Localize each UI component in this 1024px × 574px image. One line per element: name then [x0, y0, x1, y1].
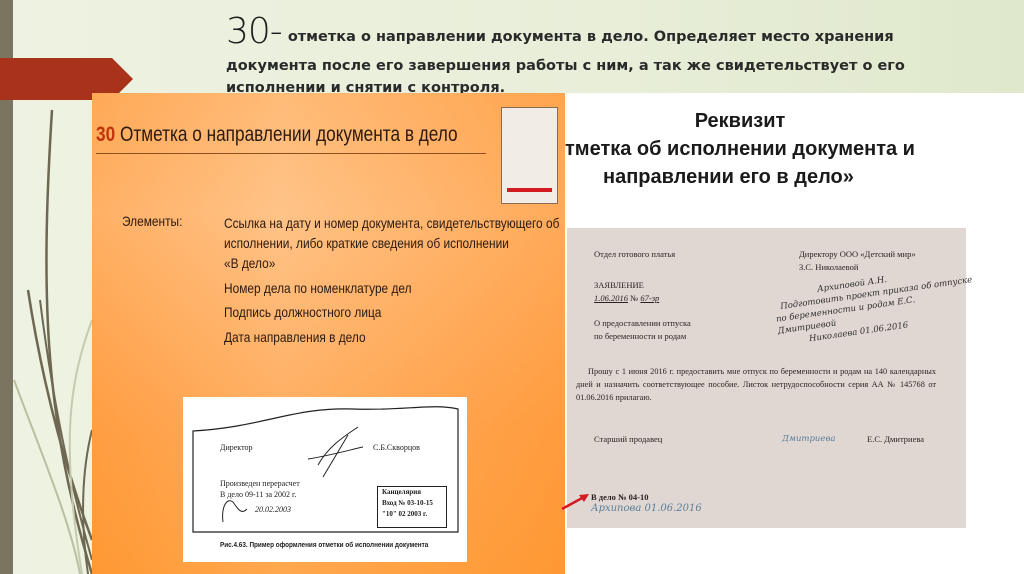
element-item: Ссылка на дату и номер документа, свидет…: [224, 213, 581, 253]
file-mark: В дело № 04-10: [591, 492, 649, 502]
doc-type: ЗАЯВЛЕНИЕ: [594, 280, 644, 290]
elements-list: Ссылка на дату и номер документа, свидет…: [224, 213, 581, 353]
scan-caption: Рис.4.63. Пример оформления отметки об и…: [220, 540, 428, 549]
requisite-heading-line2: тметка об исполнении документа и: [565, 138, 915, 161]
requisite-heading-line3: направлении его в дело»: [603, 166, 854, 189]
scan-note-date: 20.02.2003: [255, 505, 291, 514]
subject-line2: по беременности и родам: [594, 331, 686, 341]
requisite-heading-line1: Реквизит: [565, 110, 915, 133]
title-line-2: документа после его завершения работы с …: [226, 58, 905, 74]
card-heading-text: Отметка о направлении документа в дело: [120, 123, 458, 146]
addressee-line2: З.С. Николаевой: [799, 262, 858, 272]
resolution: Архиповой А.Н. Подготовить проект приказ…: [772, 262, 978, 349]
element-item: «В дело»: [224, 255, 581, 272]
doc-number: 67-зр: [640, 293, 659, 303]
scan-position: Директор: [220, 443, 252, 452]
signer-name: Е.С. Дмитриева: [867, 434, 924, 444]
title-line-1: отметка о направлении документа в дело. …: [288, 29, 894, 45]
signature: Дмитриева: [782, 434, 835, 444]
requisite-position-icon: [501, 107, 558, 204]
incoming-stamp: Канцелярия Вход № 03-10-15 "10" 02 2003 …: [377, 486, 447, 528]
doc-date: 1.06.2016: [594, 293, 628, 303]
card-heading-number: 30: [96, 123, 115, 146]
scan-note-line2: В дело 09-11 за 2002 г.: [220, 490, 296, 499]
heading-divider: [96, 153, 486, 154]
slide-number: 30-: [226, 11, 282, 52]
element-item: Подпись должностного лица: [224, 304, 581, 321]
subject-line1: О предоставлении отпуска: [594, 318, 691, 328]
red-pointer-arrow-icon: [560, 490, 592, 512]
signer-position: Старший продавец: [594, 434, 662, 444]
scan-name: С.Б.Скворцов: [373, 443, 420, 452]
scanned-example: Директор С.Б.Скворцов Произведен перерас…: [183, 397, 467, 562]
file-mark-signature: Архипова 01.06.2016: [591, 503, 702, 514]
department: Отдел готового платья: [594, 249, 675, 259]
scan-note-line1: Произведен перерасчет: [220, 479, 300, 488]
card-heading: 30 Отметка о направлении документа в дел…: [96, 123, 458, 147]
element-item: Номер дела по номенклатуре дел: [224, 280, 581, 297]
elements-label: Элементы:: [122, 213, 182, 229]
doc-number-label: №: [630, 293, 638, 303]
addressee-line1: Директору ООО «Детский мир»: [799, 249, 916, 259]
application-document: Отдел готового платья Директору ООО «Дет…: [567, 228, 966, 528]
body-text: Прошу с 1 июня 2016 г. предоставить мне …: [576, 365, 936, 404]
element-item: Дата направления в дело: [224, 329, 581, 346]
